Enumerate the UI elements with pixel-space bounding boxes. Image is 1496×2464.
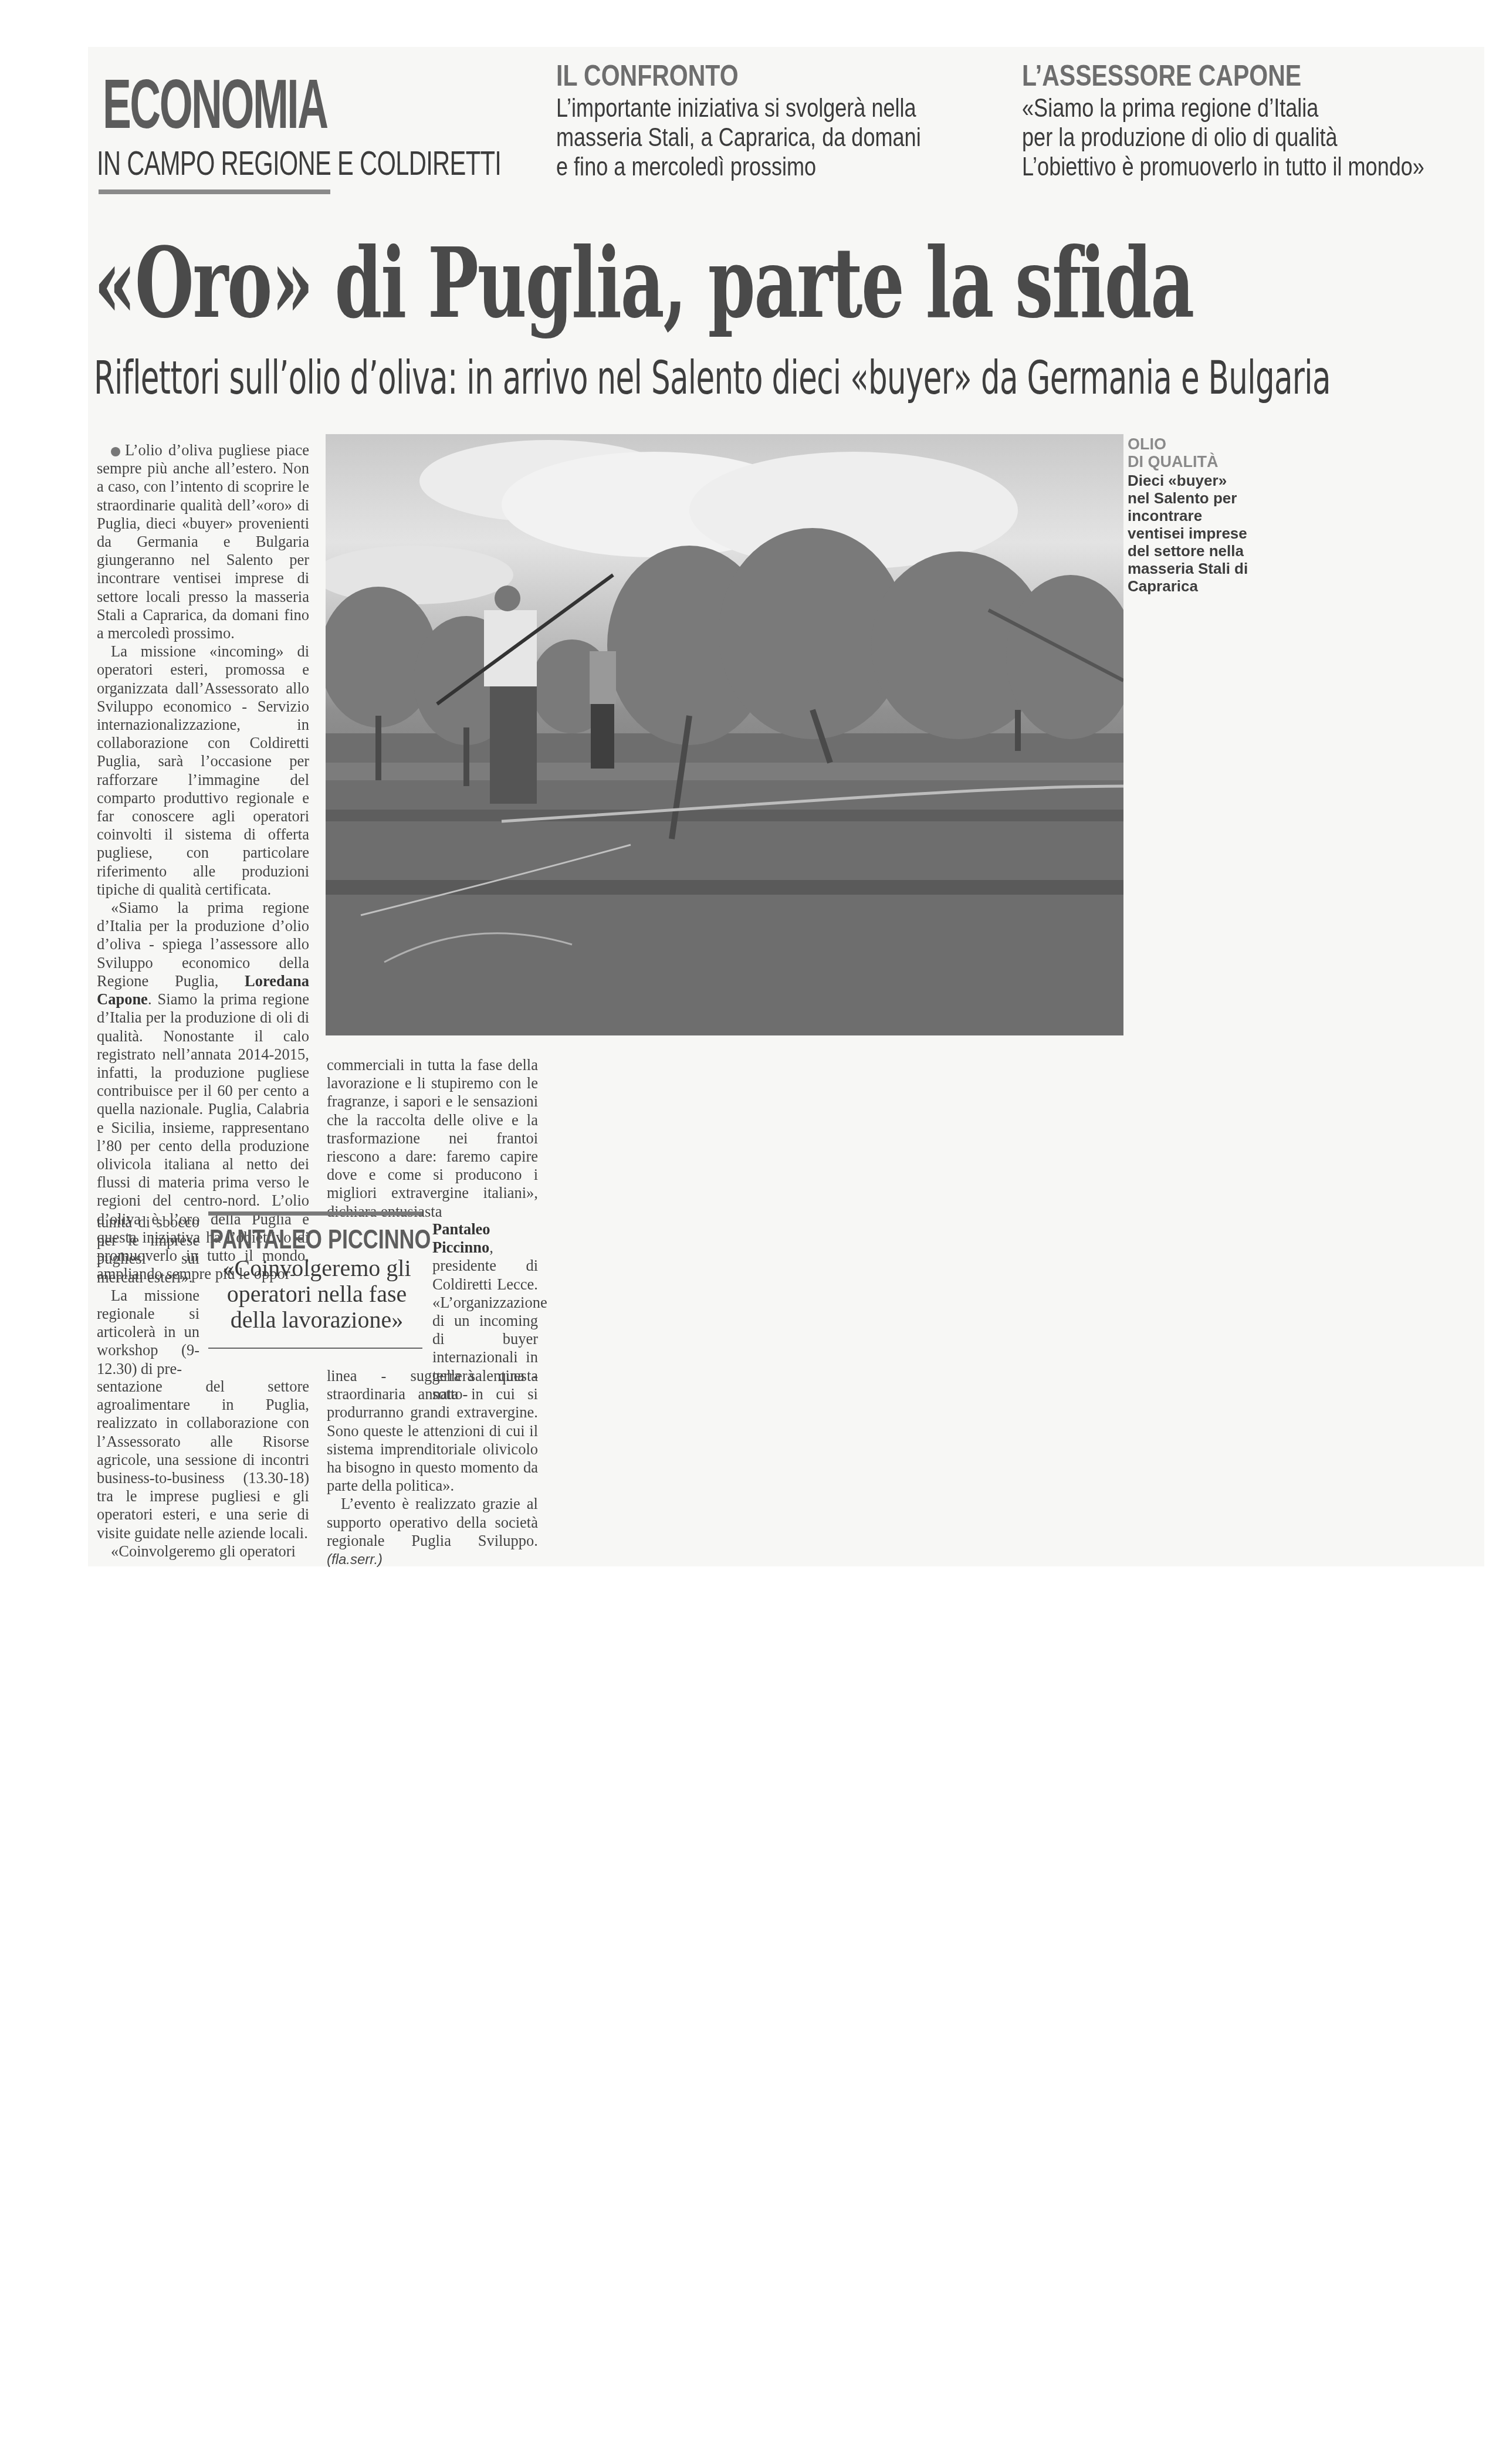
- article-column-1-narrow: tunità di sbocco per le imprese pugliesi…: [97, 1213, 199, 1378]
- paragraph: «Coinvolgeremo gli operatori: [97, 1542, 309, 1561]
- paragraph: tunità di sbocco per le imprese pugliesi…: [97, 1213, 199, 1287]
- confronto-box: IL CONFRONTO L’importante iniziativa si …: [556, 59, 1001, 182]
- paragraph: La missione regionale si articolerà in u…: [97, 1287, 199, 1378]
- section-rule: [99, 189, 330, 194]
- section-title: ECONOMIA: [103, 65, 327, 144]
- caption-kicker-line: OLIO: [1128, 435, 1219, 453]
- headline: «Oro» di Puglia, parte la sfida: [94, 226, 1193, 340]
- pull-quote-text: «Coinvolgeremo gli operatori nella fase …: [211, 1255, 422, 1333]
- pull-quote-rule: [208, 1348, 422, 1349]
- pull-quote-rule: [208, 1211, 422, 1216]
- article-photo: [326, 434, 1123, 1035]
- confronto-title: IL CONFRONTO: [556, 59, 921, 93]
- assessore-title: L’ASSESSORE CAPONE: [1022, 59, 1424, 93]
- article-column-1-lower: sentazione del settore agroalimentare in…: [97, 1377, 309, 1561]
- assessore-box: L’ASSESSORE CAPONE «Siamo la prima regio…: [1022, 59, 1496, 182]
- paragraph: commerciali in tutta la fase della lavor…: [327, 1056, 538, 1221]
- assessore-line: L’obiettivo è promuoverlo in tutto il mo…: [1022, 153, 1424, 182]
- caption-kicker: OLIO DI QUALITÀ: [1128, 435, 1219, 471]
- article-column-1: L’olio d’oliva pugliese piace sempre più…: [97, 441, 309, 1283]
- caption-kicker-line: DI QUALITÀ: [1128, 453, 1219, 471]
- section-kicker: IN CAMPO REGIONE E COLDIRETTI: [97, 144, 501, 183]
- confronto-line: L’importante iniziativa si svolgerà nell…: [556, 94, 921, 123]
- assessore-line: «Siamo la prima regione d’Italia: [1022, 94, 1424, 123]
- paragraph: sentazione del settore agroalimentare in…: [97, 1377, 309, 1542]
- bullet-icon: [111, 447, 120, 456]
- paragraph: linea - suggellerà questa straordinaria …: [327, 1367, 538, 1495]
- confronto-line: e fino a mercoledì prossimo: [556, 153, 921, 182]
- confronto-line: masseria Stali, a Caprarica, da domani: [556, 123, 921, 153]
- article-column-2: commerciali in tutta la fase della lavor…: [327, 1056, 538, 1221]
- assessore-line: per la produzione di olio di qualità: [1022, 123, 1424, 153]
- olive-grove-photo: [326, 434, 1123, 1035]
- paragraph: La missione «incoming» di operatori este…: [97, 642, 309, 899]
- photo-caption: Dieci «buyer» nel Salento per incontrare…: [1128, 472, 1251, 595]
- paragraph: L’olio d’oliva pugliese piace sempre più…: [97, 441, 309, 642]
- article-column-2-lower: linea - suggellerà questa straordinaria …: [327, 1367, 538, 1569]
- paragraph-text: L’evento è realizzato grazie al supporto…: [327, 1495, 538, 1549]
- person-name: Pantaleo Piccinno: [432, 1220, 490, 1256]
- byline: (fla.serr.): [327, 1552, 383, 1568]
- subheadline: Riflettori sull’olio d’oliva: in arrivo …: [94, 352, 1331, 405]
- pull-quote-name: PANTALEO PICCINNO: [209, 1223, 431, 1255]
